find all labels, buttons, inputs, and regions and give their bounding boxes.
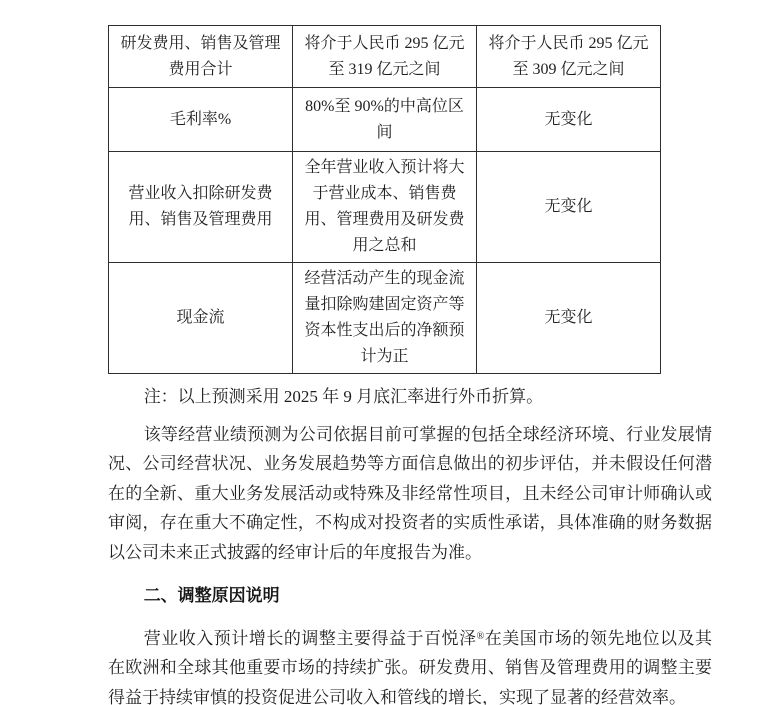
- table-cell-prior-guidance: 无变化: [477, 263, 661, 374]
- table-row-gross-margin: 毛利率% 80%至 90%的中高位区间 无变化: [109, 88, 661, 152]
- table-cell-item: 毛利率%: [109, 88, 293, 152]
- table-cell-item: 营业收入扣除研发费用、销售及管理费用: [109, 152, 293, 263]
- forecast-disclaimer-paragraph: 该等经营业绩预测为公司依据目前可掌握的包括全球经济环境、行业发展情况、公司经营状…: [108, 420, 712, 568]
- table-footnote: 注：以上预测采用 2025 年 9 月底汇率进行外币折算。: [108, 382, 712, 412]
- table-cell-item: 现金流: [109, 263, 293, 374]
- adjustment-reason-paragraph: 营业收入预计增长的调整主要得益于百悦泽®在美国市场的领先地位以及其在欧洲和全球其…: [108, 624, 712, 705]
- table-cell-prior-guidance: 无变化: [477, 88, 661, 152]
- table-row-rd-sga-expenses: 研发费用、销售及管理费用合计 将介于人民币 295 亿元至 319 亿元之间 将…: [109, 26, 661, 88]
- adjustment-reason-text-start: 营业收入预计增长的调整主要得益于百悦泽: [144, 629, 477, 648]
- table-row-revenue-less-expenses: 营业收入扣除研发费用、销售及管理费用 全年营业收入预计将大于营业成本、销售费用、…: [109, 152, 661, 263]
- forecast-table: 研发费用、销售及管理费用合计 将介于人民币 295 亿元至 319 亿元之间 将…: [108, 25, 661, 374]
- document-page: 研发费用、销售及管理费用合计 将介于人民币 295 亿元至 319 亿元之间 将…: [0, 0, 784, 705]
- table-row-cash-flow: 现金流 经营活动产生的现金流量扣除购建固定资产等资本性支出后的净额预计为正 无变…: [109, 263, 661, 374]
- table-cell-updated-guidance: 全年营业收入预计将大于营业成本、销售费用、管理费用及研发费用之总和: [293, 152, 477, 263]
- table-cell-item: 研发费用、销售及管理费用合计: [109, 26, 293, 88]
- table-cell-prior-guidance: 将介于人民币 295 亿元至 309 亿元之间: [477, 26, 661, 88]
- section-heading-adjustment-reason: 二、调整原因说明: [108, 581, 712, 611]
- table-cell-updated-guidance: 80%至 90%的中高位区间: [293, 88, 477, 152]
- table-cell-updated-guidance: 将介于人民币 295 亿元至 319 亿元之间: [293, 26, 477, 88]
- table-cell-updated-guidance: 经营活动产生的现金流量扣除购建固定资产等资本性支出后的净额预计为正: [293, 263, 477, 374]
- table-cell-prior-guidance: 无变化: [477, 152, 661, 263]
